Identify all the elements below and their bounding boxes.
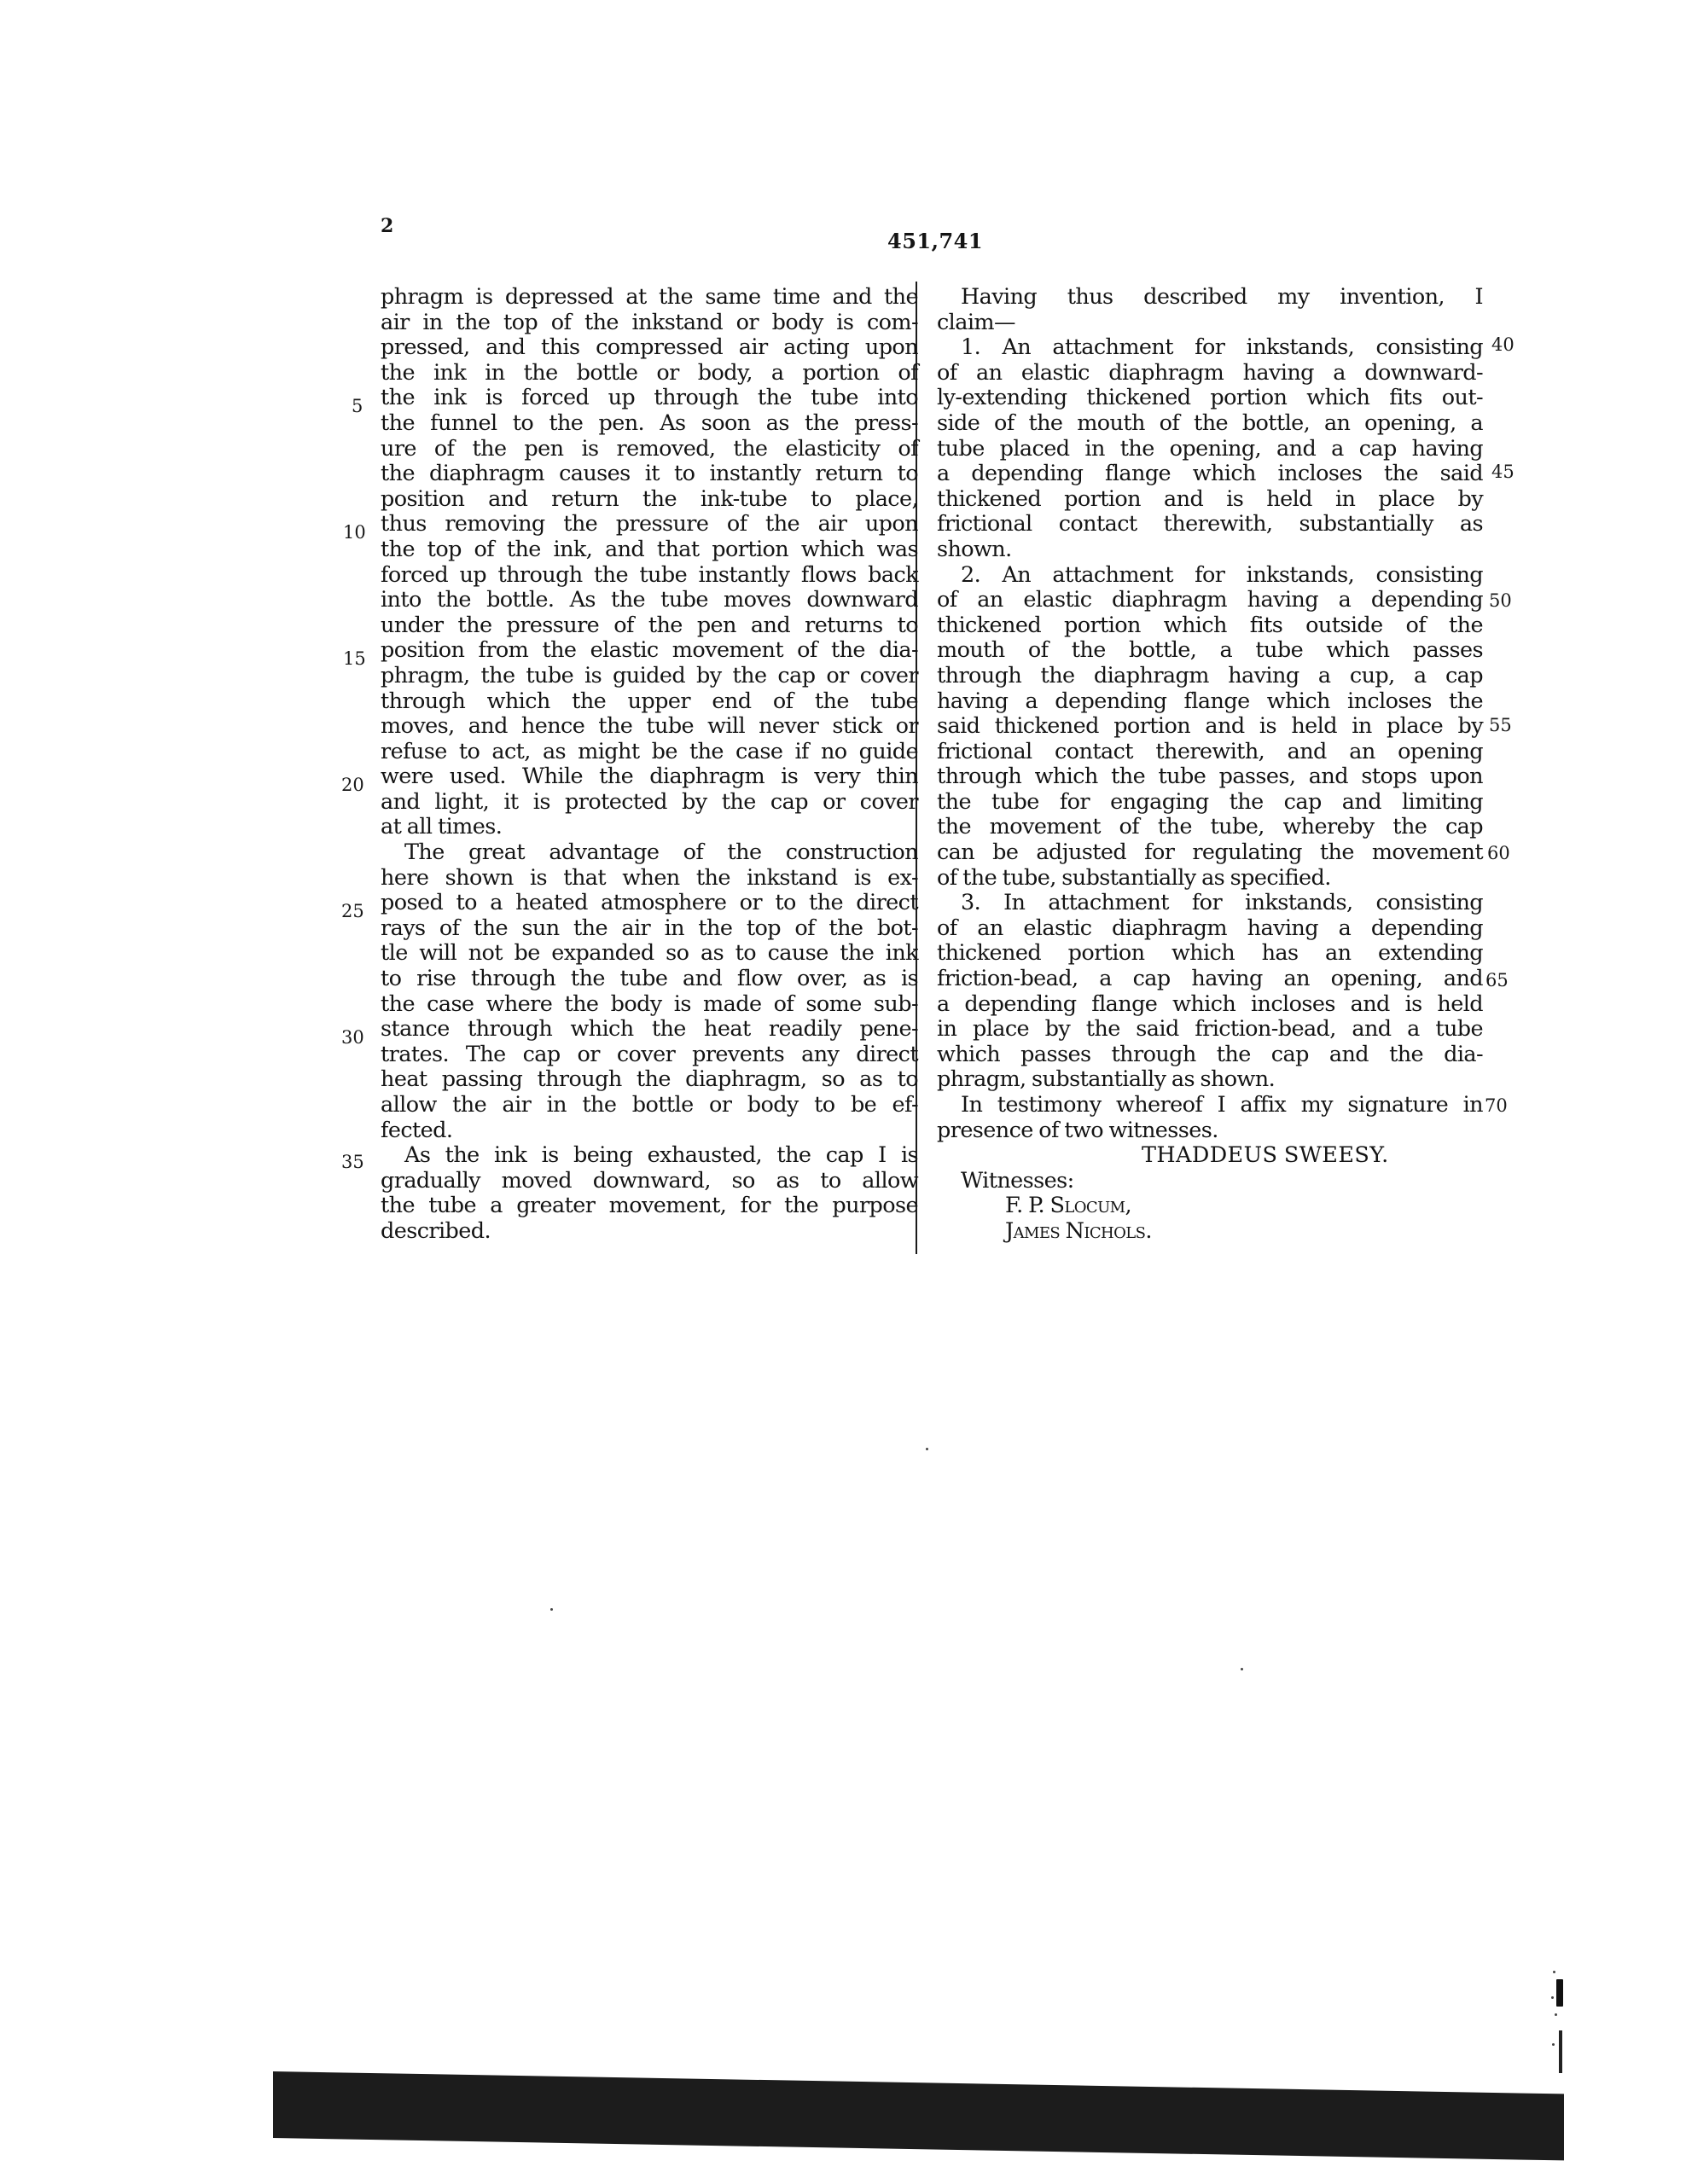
text-line: said thickened portion and is held in pl… [937, 714, 1483, 740]
text-line: position from the elastic movement of th… [381, 638, 918, 664]
text-line: can be adjusted for regulating the movem… [937, 840, 1483, 866]
text-line: frictional contact therewith, substantia… [937, 512, 1483, 537]
text-line: posed to a heated atmosphere or to the d… [381, 891, 918, 916]
scan-speck [926, 1448, 928, 1450]
scan-speck [1241, 1668, 1243, 1670]
text-line: in place by the said friction-bead, and … [937, 1017, 1483, 1043]
text-line: the case where the body is made of some … [381, 992, 918, 1018]
margin-line-number: 40 [1491, 334, 1514, 355]
margin-line-number: 5 [352, 396, 363, 416]
text-line: under the pressure of the pen and return… [381, 613, 918, 639]
margin-line-number: 15 [343, 648, 366, 669]
margin-line-number: 45 [1491, 462, 1514, 482]
text-line: refuse to act, as might be the case if n… [381, 740, 918, 765]
text-line: heat passing through the diaphragm, so a… [381, 1067, 918, 1093]
claim-2: 2. An attachment for inkstands, consisti… [937, 563, 1483, 589]
text-line: forced up through the tube instantly flo… [381, 563, 918, 589]
text-line: which passes through the cap and the dia… [937, 1043, 1483, 1068]
text-line: ly-extending thickened portion which fit… [937, 386, 1483, 411]
text-line: claim— [937, 311, 1483, 336]
text-line: through which the tube passes, and stops… [937, 764, 1483, 790]
text-line: having a depending flange which incloses… [937, 689, 1483, 715]
text-line: of an elastic diaphragm having a dependi… [937, 588, 1483, 613]
scan-artifact [1551, 1962, 1565, 2082]
text-line: and light, it is protected by the cap or… [381, 790, 918, 816]
text-line: shown. [937, 537, 1483, 563]
text-line: thickened portion and is held in place b… [937, 487, 1483, 513]
text-line: frictional contact therewith, and an ope… [937, 740, 1483, 765]
text-line: the tube for engaging the cap and limiti… [937, 790, 1483, 816]
margin-line-number: 70 [1485, 1095, 1508, 1116]
text-line: a depending flange which incloses and is… [937, 992, 1483, 1018]
scan-speck [550, 1608, 553, 1611]
text-line: thickened portion which fits outside of … [937, 613, 1483, 639]
witness-name: F. P. Slocum, [937, 1194, 1483, 1219]
witness-name: James Nichols. [937, 1219, 1483, 1245]
margin-line-number: 60 [1487, 843, 1510, 863]
text-line: the funnel to the pen. As soon as the pr… [381, 411, 918, 437]
text-line: phragm, substantially as shown. [937, 1067, 1483, 1093]
text-line: position and return the ink-tube to plac… [381, 487, 918, 513]
text-line: mouth of the bottle, a tube which passes [937, 638, 1483, 664]
text-line: phragm, the tube is guided by the cap or… [381, 664, 918, 689]
text-line: stance through which the heat readily pe… [381, 1017, 918, 1043]
text-line: through the diaphragm having a cup, a ca… [937, 664, 1483, 689]
margin-line-number: 50 [1489, 590, 1512, 611]
text-line: the diaphragm causes it to instantly ret… [381, 462, 918, 487]
right-column: Having thus described my invention, I cl… [937, 285, 1483, 1245]
text-line: tle will not be expanded so as to cause … [381, 941, 918, 967]
margin-line-number: 30 [341, 1027, 364, 1048]
text-line: into the bottle. As the tube moves downw… [381, 588, 918, 613]
claim-3: 3. In attachment for inkstands, consisti… [937, 891, 1483, 916]
text-line: to rise through the tube and flow over, … [381, 967, 918, 992]
scan-border-bar [273, 2071, 1564, 2160]
patent-number: 451,741 [887, 229, 983, 253]
text-line: the ink is forced up through the tube in… [381, 386, 918, 411]
margin-line-number: 10 [343, 522, 366, 543]
text-line: thus removing the pressure of the air up… [381, 512, 918, 537]
text-line: friction-bead, a cap having an opening, … [937, 967, 1483, 992]
text-line: rays of the sun the air in the top of th… [381, 916, 918, 942]
inventor-signature: THADDEUS SWEESY. [937, 1143, 1483, 1169]
margin-line-number: 20 [341, 775, 364, 795]
witnesses-label: Witnesses: [937, 1169, 1483, 1194]
text-line: tube placed in the opening, and a cap ha… [937, 437, 1483, 462]
margin-line-number: 65 [1485, 970, 1509, 990]
text-line: a depending flange which incloses the sa… [937, 462, 1483, 487]
text-line: at all times. [381, 815, 918, 840]
text-line: of an elastic diaphragm having a downwar… [937, 361, 1483, 386]
text-line: presence of two witnesses. [937, 1118, 1483, 1144]
text-line: pressed, and this compressed air acting … [381, 335, 918, 361]
margin-line-number: 25 [341, 901, 364, 921]
text-line: gradually moved downward, so as to allow [381, 1169, 918, 1194]
text-line: of an elastic diaphragm having a dependi… [937, 916, 1483, 942]
text-line: were used. While the diaphragm is very t… [381, 764, 918, 790]
paragraph-start: Having thus described my invention, I [937, 285, 1483, 311]
text-line: air in the top of the inkstand or body i… [381, 311, 918, 336]
text-line: here shown is that when the inkstand is … [381, 866, 918, 892]
margin-line-number: 55 [1489, 715, 1512, 735]
text-line: thickened portion which has an extending [937, 941, 1483, 967]
text-line: the tube a greater movement, for the pur… [381, 1194, 918, 1219]
text-line: phragm is depressed at the same time and… [381, 285, 918, 311]
text-line: fected. [381, 1118, 918, 1144]
margin-line-number: 35 [341, 1152, 364, 1172]
page-number: 2 [381, 215, 393, 237]
text-line: described. [381, 1219, 918, 1245]
text-line: the movement of the tube, whereby the ca… [937, 815, 1483, 840]
text-line: the top of the ink, and that portion whi… [381, 537, 918, 563]
text-line: side of the mouth of the bottle, an open… [937, 411, 1483, 437]
text-line: through which the upper end of the tube [381, 689, 918, 715]
text-line: allow the air in the bottle or body to b… [381, 1093, 918, 1118]
text-line: trates. The cap or cover prevents any di… [381, 1043, 918, 1068]
text-line: the ink in the bottle or body, a portion… [381, 361, 918, 386]
paragraph-start: The great advantage of the construction [381, 840, 918, 866]
paragraph-start: As the ink is being exhausted, the cap I… [381, 1143, 918, 1169]
text-line: moves, and hence the tube will never sti… [381, 714, 918, 740]
text-line: of the tube, substantially as specified. [937, 866, 1483, 892]
testimony-line: In testimony whereof I affix my signatur… [937, 1093, 1483, 1118]
left-column: phragm is depressed at the same time and… [381, 285, 918, 1245]
claim-1: 1. An attachment for inkstands, consisti… [937, 335, 1483, 361]
text-line: ure of the pen is removed, the elasticit… [381, 437, 918, 462]
